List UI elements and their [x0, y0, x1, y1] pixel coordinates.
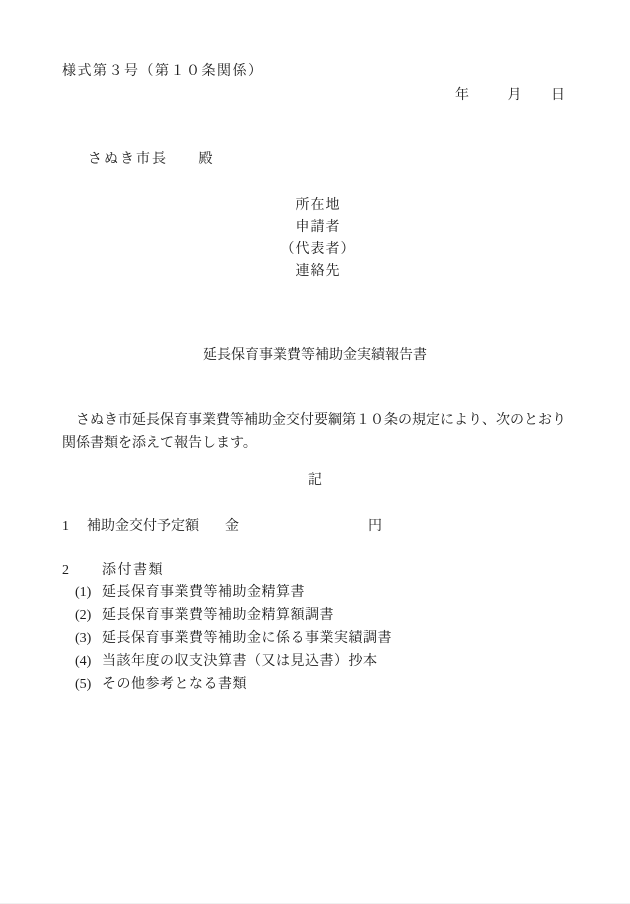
attachment-item: (4)当該年度の収支決算書（又は見込書）抄本 [75, 653, 378, 671]
applicant-address-label: 所在地 [279, 195, 357, 217]
attachment-item: (2)延長保育事業費等補助金精算額調書 [75, 607, 334, 625]
attachment-text: 延長保育事業費等補助金精算額調書 [102, 608, 334, 623]
item-attachments-heading: 2 添付書類 [0, 562, 630, 580]
form-number: 様式第３号（第１０条関係） [62, 63, 264, 81]
attachment-text: その他参考となる書類 [102, 677, 247, 692]
attachments-label: 添付書類 [102, 562, 164, 580]
document-title: 延長保育事業費等補助金実績報告書 [0, 347, 630, 365]
attachment-text: 延長保育事業費等補助金精算書 [102, 585, 305, 600]
attachment-number: (3) [75, 630, 102, 648]
addressee-name: さぬき市長 [88, 152, 168, 167]
date-year-label: 年 [455, 88, 469, 103]
applicant-block: 所在地 申請者 （代表者） 連絡先 [279, 195, 357, 283]
currency-suffix: 円 [368, 518, 382, 536]
date-month-label: 月 [508, 88, 522, 103]
subsidy-amount-label: 補助金交付予定額 [87, 518, 199, 536]
body-paragraph-line: 関係書類を添えて報告します。 [62, 432, 582, 455]
record-marker: 記 [0, 472, 630, 490]
body-paragraph: さぬき市延長保育事業費等補助金交付要綱第１０条の規定により、次のとおり 関係書類… [62, 409, 582, 455]
attachment-number: (5) [75, 676, 102, 694]
addressee-line: さぬき市長 殿 [88, 151, 213, 169]
item-subsidy-amount: 1 補助金交付予定額 金 円 [0, 518, 630, 536]
applicant-contact-label: 連絡先 [279, 261, 357, 283]
attachment-number: (2) [75, 607, 102, 625]
item-number: 1 [62, 518, 69, 536]
document-page: 様式第３号（第１０条関係） 年 月 日 さぬき市長 殿 所在地 申請者 （代表者… [0, 0, 630, 904]
date-day-label: 日 [551, 88, 565, 103]
attachment-number: (1) [75, 584, 102, 602]
date-line: 年 月 日 [455, 87, 565, 105]
attachment-number: (4) [75, 653, 102, 671]
currency-prefix: 金 [225, 518, 239, 536]
addressee-honorific: 殿 [199, 152, 213, 167]
attachment-item: (3)延長保育事業費等補助金に係る事業実績調書 [75, 630, 392, 648]
applicant-representative-label: （代表者） [279, 239, 357, 261]
attachment-text: 延長保育事業費等補助金に係る事業実績調書 [102, 631, 392, 646]
body-paragraph-line: さぬき市延長保育事業費等補助金交付要綱第１０条の規定により、次のとおり [62, 409, 582, 432]
attachment-item: (5)その他参考となる書類 [75, 676, 247, 694]
attachment-text: 当該年度の収支決算書（又は見込書）抄本 [102, 654, 378, 669]
item-number: 2 [62, 562, 69, 580]
attachment-item: (1)延長保育事業費等補助金精算書 [75, 584, 305, 602]
applicant-name-label: 申請者 [279, 217, 357, 239]
